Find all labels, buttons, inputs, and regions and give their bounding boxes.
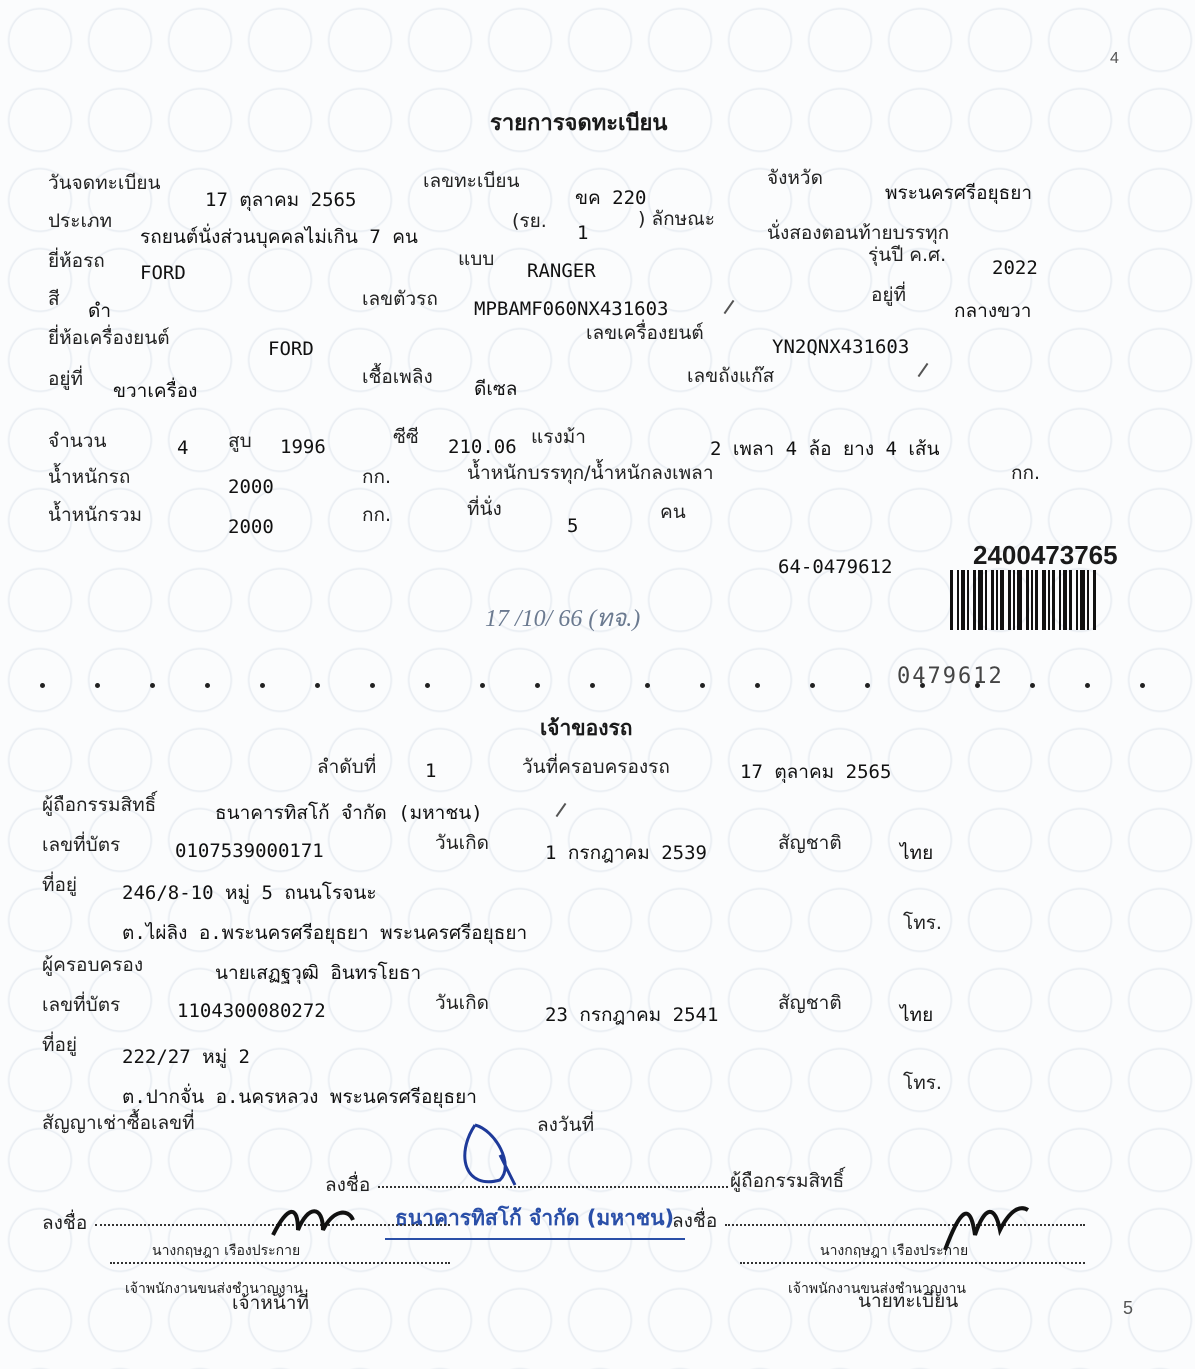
- engine-location-value: ขวาเครื่อง: [113, 376, 197, 406]
- province-value: พระนครศรีอยุธยา: [885, 178, 1032, 208]
- registrar-name-line: [740, 1262, 1085, 1264]
- stamp-underline: [385, 1238, 685, 1240]
- holder-nationality-value: ไทย: [900, 1000, 933, 1030]
- registrar-role: นายทะเบียน: [858, 1286, 958, 1316]
- engine-location-label: อยู่ที่: [48, 364, 83, 394]
- plate-value: ขค 220: [575, 183, 646, 213]
- holder-phone-label: โทร.: [903, 1068, 942, 1098]
- handwritten-note: 17 /10/ 66 (ทจ.): [485, 598, 640, 637]
- weight-label: น้ำหนักรถ: [48, 462, 130, 492]
- owner-id-value: 0107539000171: [175, 840, 324, 862]
- officer-sign-label: ลงชื่อ: [42, 1208, 87, 1238]
- owner-address-label: ที่อยู่: [42, 870, 77, 900]
- holder-id-label: เลขที่บัตร: [42, 990, 120, 1020]
- province-label: จังหวัด: [767, 163, 823, 193]
- stamp-number: 0479612: [897, 664, 1004, 689]
- contract-label: สัญญาเช่าซื้อเลขที่: [42, 1108, 195, 1138]
- year-value: 2022: [992, 257, 1038, 279]
- reg-date-value: 17 ตุลาคม 2565: [205, 185, 356, 215]
- model-value: RANGER: [527, 260, 596, 282]
- color-label: สี: [48, 284, 60, 314]
- officer-role: เจ้าหน้าที่: [232, 1288, 309, 1318]
- ry-label: (รย.: [512, 206, 547, 236]
- barcode: [950, 570, 1098, 630]
- engine-no-label: เลขเครื่องยนต์: [586, 318, 704, 348]
- sign-date-label: ลงวันที่: [537, 1110, 594, 1140]
- owner-nationality-label: สัญชาติ: [778, 828, 842, 858]
- officer-name-line: [110, 1262, 450, 1264]
- weight-unit: กก.: [362, 462, 391, 492]
- chassis-label: เลขตัวรถ: [362, 284, 438, 314]
- fuel-value: ดีเซล: [474, 374, 517, 404]
- owner-sign-line: [378, 1186, 728, 1188]
- owner-sign-label: ลงชื่อ: [325, 1170, 370, 1200]
- possession-date-label: วันที่ครอบครองรถ: [522, 752, 670, 782]
- cylinder-count-value: 4: [177, 437, 188, 459]
- sequence-label: ลำดับที่: [317, 752, 376, 782]
- brand-label: ยี่ห้อรถ: [48, 246, 105, 276]
- holder-dob-value: 23 กรกฎาคม 2541: [545, 1000, 718, 1030]
- possession-date-value: 17 ตุลาคม 2565: [740, 757, 891, 787]
- horsepower-value: 210.06: [448, 436, 517, 458]
- chassis-location-label: อยู่ที่: [871, 280, 906, 310]
- type-label: ประเภท: [48, 206, 112, 236]
- owner-signature-scribble: [455, 1115, 535, 1195]
- reg-date-label: วันจดทะเบียน: [48, 168, 161, 198]
- gas-tank-label: เลขถังแก๊ส: [687, 361, 774, 391]
- perforation-divider: [0, 683, 1195, 687]
- owner-id-label: เลขที่บัตร: [42, 830, 120, 860]
- bottom-page-number: 5: [1123, 1298, 1133, 1319]
- type-value: รถยนต์นั่งส่วนบุคคลไม่เกิน 7 คน: [140, 222, 418, 252]
- engine-no-value: YN2QNX431603: [772, 336, 909, 358]
- barcode-number: 2400473765: [973, 540, 1118, 571]
- owner-sign-suffix: ผู้ถือกรรมสิทธิ์: [730, 1166, 844, 1196]
- owner-address-line1: 246/8-10 หมู่ 5 ถนนโรจนะ: [122, 878, 377, 908]
- gross-weight-label: น้ำหนักรวม: [48, 500, 142, 530]
- plate-label: เลขทะเบียน: [423, 166, 520, 196]
- axles-value: 2 เพลา 4 ล้อ ยาง 4 เส้น: [710, 434, 940, 464]
- cylinder-unit-label: สูบ: [228, 426, 252, 456]
- owner-stamp: ธนาคารทิสโก้ จำกัด (มหาชน): [395, 1202, 674, 1235]
- load-label: น้ำหนักบรรทุก/น้ำหนักลงเพลา: [467, 458, 714, 488]
- holder-nationality-label: สัญชาติ: [778, 988, 842, 1018]
- officer-name: นางกฤษฎา เรืองประกาย: [152, 1240, 300, 1262]
- owner-label: ผู้ถือกรรมสิทธิ์: [42, 790, 156, 820]
- holder-name: นายเสฏฐวุฒิ อินทรโยธา: [215, 958, 421, 988]
- owner-nationality-value: ไทย: [900, 838, 933, 868]
- top-page-number: 4: [1110, 50, 1119, 68]
- chassis-value: MPBAMF060NX431603: [474, 298, 668, 320]
- reference-number: 64-0479612: [778, 556, 892, 578]
- character-label: ) ลักษณะ: [638, 204, 715, 234]
- model-label: แบบ: [458, 244, 494, 274]
- holder-address-label: ที่อยู่: [42, 1030, 77, 1060]
- cc-value: 1996: [280, 436, 326, 458]
- owner-section-heading: เจ้าของรถ: [540, 712, 633, 745]
- year-label: รุ่นปี ค.ศ.: [868, 240, 946, 270]
- seats-label: ที่นั่ง: [467, 494, 502, 524]
- page-title: รายการจดทะเบียน: [490, 105, 667, 140]
- engine-brand-value: FORD: [268, 338, 314, 360]
- holder-id-value: 1104300080272: [177, 1000, 326, 1022]
- chassis-location-value: กลางขวา: [954, 296, 1031, 326]
- owner-dob-value: 1 กรกฎาคม 2539: [545, 838, 707, 868]
- seats-value: 5: [567, 515, 578, 537]
- registrar-name: นางกฤษฎา เรืองประกาย: [820, 1240, 968, 1262]
- sequence-value: 1: [425, 760, 436, 782]
- weight-value: 2000: [228, 476, 274, 498]
- owner-name: ธนาคารทิสโก้ จำกัด (มหาชน): [215, 798, 483, 828]
- horsepower-label: แรงม้า: [531, 422, 586, 452]
- seats-unit: คน: [660, 497, 686, 527]
- ry-value: 1: [577, 222, 588, 244]
- cylinder-count-label: จำนวน: [48, 426, 106, 456]
- brand-value: FORD: [140, 262, 186, 284]
- holder-dob-label: วันเกิด: [435, 988, 489, 1018]
- gross-weight-unit: กก.: [362, 500, 391, 530]
- gross-weight-value: 2000: [228, 516, 274, 538]
- owner-address-line2: ต.ไผ่ลิง อ.พระนครศรีอยุธยา พระนครศรีอยุธ…: [122, 918, 527, 948]
- engine-brand-label: ยี่ห้อเครื่องยนต์: [48, 323, 170, 353]
- owner-dob-label: วันเกิด: [435, 828, 489, 858]
- officer-signature-scribble: [268, 1200, 358, 1240]
- owner-phone-label: โทร.: [903, 908, 942, 938]
- load-unit: กก.: [1011, 458, 1040, 488]
- holder-address-line1: 222/27 หมู่ 2: [122, 1042, 250, 1072]
- cc-label: ซีซี: [393, 422, 419, 452]
- registrar-sign-label: ลงชื่อ: [672, 1206, 717, 1236]
- holder-label: ผู้ครอบครอง: [42, 950, 143, 980]
- registrar-sign-line: [725, 1224, 1085, 1226]
- fuel-label: เชื้อเพลิง: [362, 362, 433, 392]
- color-value: ดำ: [88, 296, 111, 326]
